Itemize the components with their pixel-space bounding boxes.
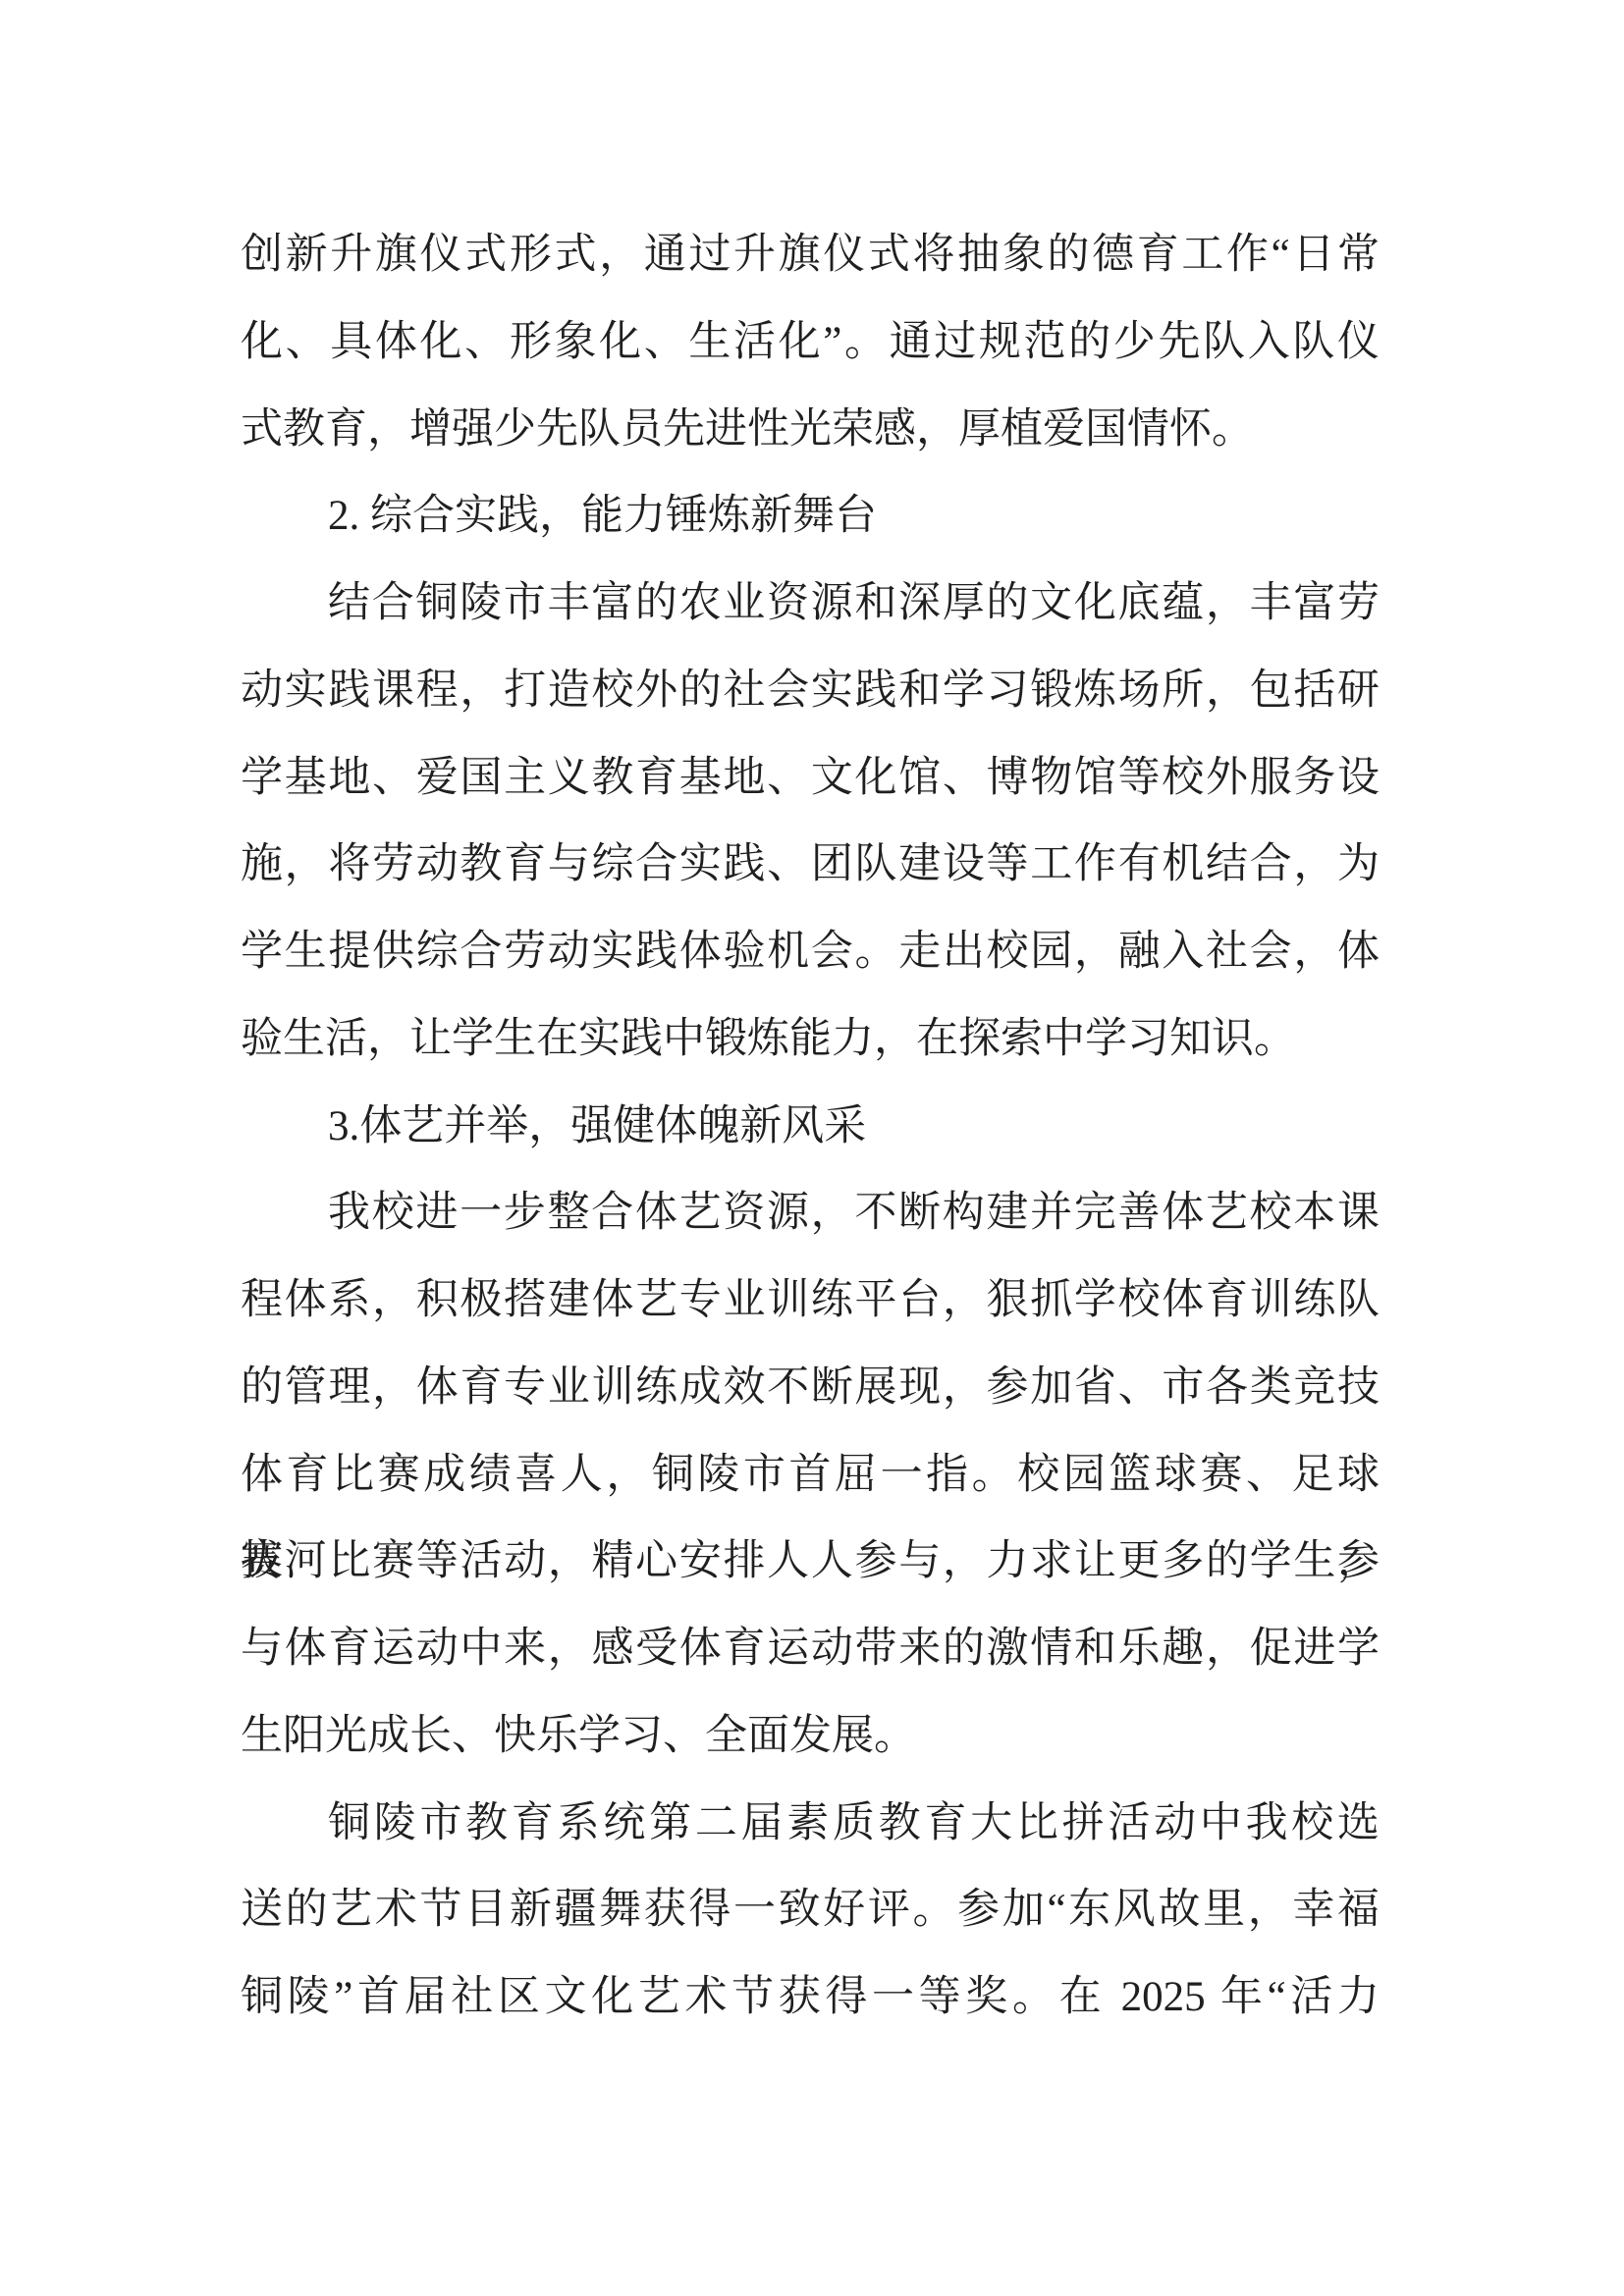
- document-body: 创新升旗仪式形式，通过升旗仪式将抽象的德育工作“日常化、具体化、形象化、生活化”…: [241, 212, 1380, 2042]
- text-line: 铜陵市教育系统第二届素质教育大比拼活动中我校选: [241, 1781, 1380, 1868]
- text-line: 验生活，让学生在实践中锻炼能力，在探索中学习知识。: [241, 996, 1380, 1084]
- text-line: 2. 综合实践，能力锤炼新舞台: [241, 473, 1380, 561]
- text-line: 铜陵”首届社区文化艺术节获得一等奖。在 2025 年“活力: [241, 1954, 1380, 2042]
- text-line: 学生提供综合劳动实践体验机会。走出校园，融入社会，体: [241, 909, 1380, 996]
- text-line: 式教育，增强少先队员先进性光荣感，厚植爱国情怀。: [241, 387, 1380, 474]
- text-line: 3.体艺并举，强健体魄新风采: [241, 1084, 1380, 1171]
- text-line: 化、具体化、形象化、生活化”。通过规范的少先队入队仪: [241, 299, 1380, 387]
- text-line: 程体系，积极搭建体艺专业训练平台，狠抓学校体育训练队: [241, 1257, 1380, 1345]
- text-line: 的管理，体育专业训练成效不断展现，参加省、市各类竞技: [241, 1345, 1380, 1432]
- text-line: 施，将劳动教育与综合实践、团队建设等工作有机结合，为: [241, 822, 1380, 909]
- text-line: 结合铜陵市丰富的农业资源和深厚的文化底蕴，丰富劳: [241, 561, 1380, 648]
- text-line: 生阳光成长、快乐学习、全面发展。: [241, 1693, 1380, 1781]
- text-line: 体育比赛成绩喜人，铜陵市首屈一指。校园篮球赛、足球赛，: [241, 1432, 1380, 1520]
- document-page: 创新升旗仪式形式，通过升旗仪式将抽象的德育工作“日常化、具体化、形象化、生活化”…: [0, 0, 1624, 2296]
- text-line: 学基地、爱国主义教育基地、文化馆、博物馆等校外服务设: [241, 735, 1380, 823]
- text-line: 创新升旗仪式形式，通过升旗仪式将抽象的德育工作“日常: [241, 212, 1380, 299]
- text-line: 与体育运动中来，感受体育运动带来的激情和乐趣，促进学: [241, 1606, 1380, 1693]
- text-line: 拔河比赛等活动，精心安排人人参与，力求让更多的学生参: [241, 1519, 1380, 1606]
- text-line: 我校进一步整合体艺资源，不断构建并完善体艺校本课: [241, 1170, 1380, 1257]
- text-line: 动实践课程，打造校外的社会实践和学习锻炼场所，包括研: [241, 648, 1380, 735]
- text-line: 送的艺术节目新疆舞获得一致好评。参加“东风故里，幸福: [241, 1867, 1380, 1954]
